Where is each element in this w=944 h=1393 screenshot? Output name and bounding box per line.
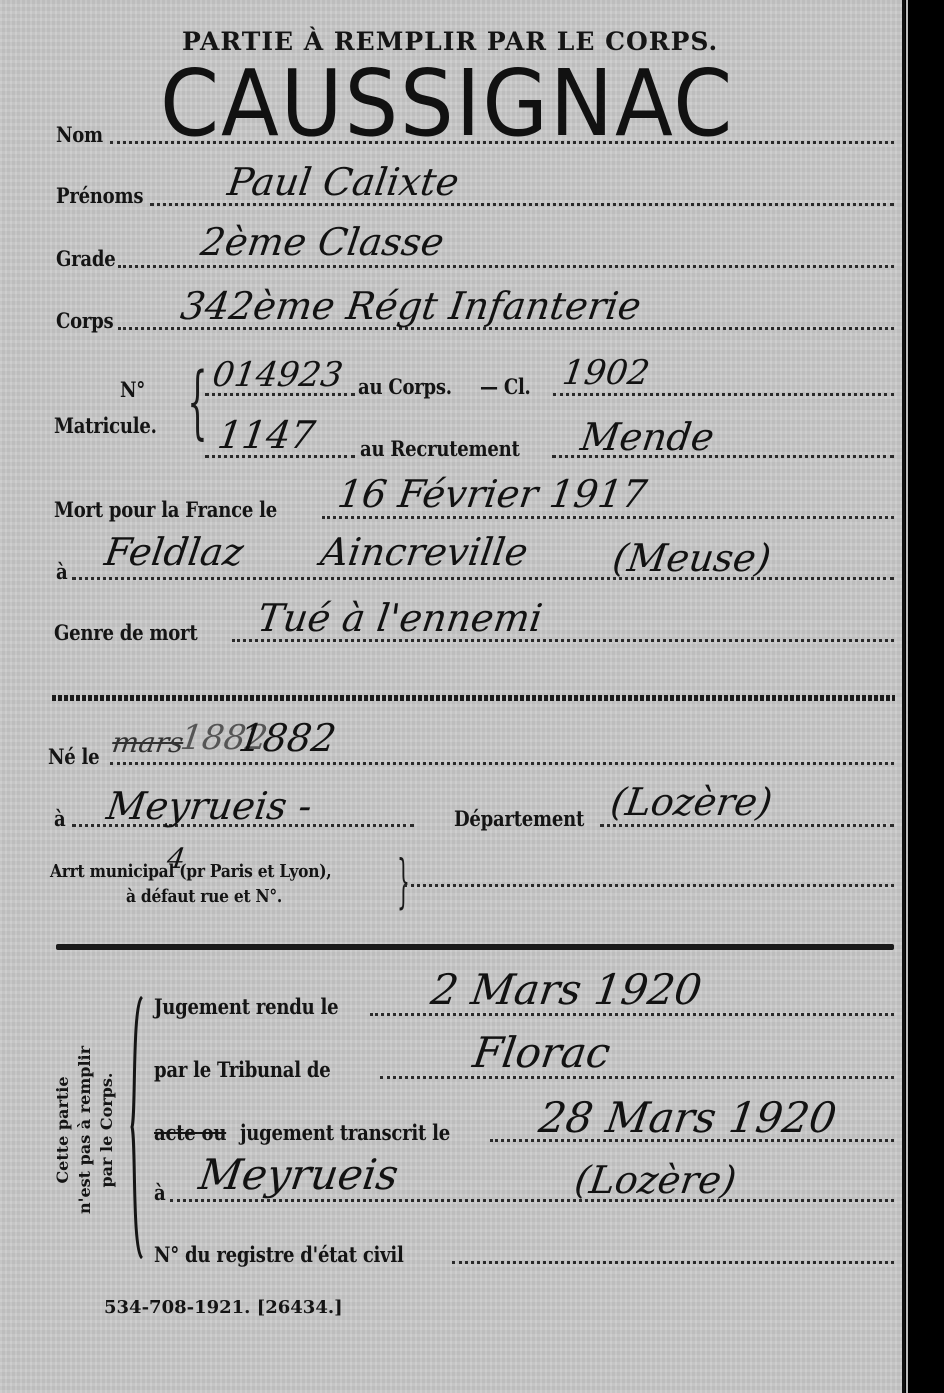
side-note: Cette partie n'est pas à remplir par le …: [30, 1000, 140, 1260]
recrutement-value: Mende: [578, 415, 717, 459]
death-record-card: PARTIE À REMPLIR PAR LE CORPS. Nom CAUSS…: [0, 0, 904, 1393]
scan-border: [909, 0, 944, 1393]
print-reference: 534-708-1921. [26434.]: [104, 1297, 343, 1318]
mort-line: [322, 516, 894, 519]
tribunal-line: [380, 1076, 894, 1079]
side-note-line3: par le Corps.: [96, 1046, 118, 1214]
lieu-mort-label: à: [56, 559, 67, 584]
ne-a-label: à: [54, 806, 65, 831]
recrutement-number-value: 1147: [215, 413, 318, 457]
grade-line: [118, 265, 894, 268]
corps-number-value: 014923: [210, 355, 345, 395]
transcrit-lieu-value: Meyrueis: [196, 1150, 401, 1199]
grade-value: 2ème Classe: [198, 220, 447, 264]
card-edge-highlight: [906, 0, 908, 1393]
jugement-brace: [130, 995, 140, 1260]
corps-number-label: au Corps.: [358, 374, 452, 399]
lieu-mort-value: Feldlaz: [102, 530, 246, 574]
separator-dotted: [52, 695, 895, 701]
side-note-line2: n'est pas à remplir: [74, 1046, 96, 1214]
departement-value: (Lozère): [608, 780, 775, 824]
corps-label: Corps: [56, 308, 113, 333]
corps-value: 342ème Régt Infanterie: [178, 284, 644, 328]
classe-value: 1902: [560, 353, 652, 393]
lieu-mort-value3: (Meuse): [610, 536, 774, 580]
mort-value: 16 Février 1917: [335, 472, 650, 516]
arrondissement-label-line1: Arrt municipal (pr Paris et Lyon),: [50, 861, 331, 882]
recrutement-label: au Recrutement: [360, 436, 520, 461]
registre-label: N° du registre d'état civil: [154, 1242, 404, 1267]
tribunal-label: par le Tribunal de: [154, 1057, 330, 1082]
tribunal-value: Florac: [470, 1028, 613, 1077]
matricule-label-bottom: Matricule.: [54, 413, 157, 438]
transcrit-value: 28 Mars 1920: [536, 1093, 840, 1142]
mort-label: Mort pour la France le: [54, 497, 277, 522]
lieu-mort-line: [72, 577, 894, 580]
departement-label: Département: [454, 806, 584, 831]
ne-le-value: 1882: [236, 716, 339, 760]
lieu-mort-value2: Aincreville: [318, 530, 531, 574]
separator-solid: [56, 944, 894, 950]
matricule-brace: {: [187, 362, 207, 442]
arrondissement-brace: }: [397, 852, 410, 910]
genre-mort-label: Genre de mort: [54, 620, 197, 645]
nom-value: CAUSSIGNAC: [160, 58, 734, 150]
genre-mort-value: Tué à l'ennemi: [255, 596, 545, 640]
classe-label: — Cl.: [480, 374, 531, 399]
transcrit-lieu-value2: (Lozère): [572, 1158, 739, 1202]
registre-line: [452, 1261, 894, 1264]
arrondissement-label-line2: à défaut rue et N°.: [126, 886, 282, 907]
ne-le-line: [110, 762, 894, 765]
transcrit-struck: acte ou: [154, 1120, 226, 1145]
matricule-label-top: N°: [120, 377, 145, 402]
nom-label: Nom: [56, 122, 103, 147]
transcrit-lieu-label: à: [154, 1180, 165, 1205]
card-edge-line: [902, 0, 905, 1393]
transcrit-lieu-line: [170, 1199, 894, 1202]
arrondissement-line: [404, 884, 894, 887]
prenoms-label: Prénoms: [56, 183, 143, 208]
jugement-rendu-value: 2 Mars 1920: [428, 965, 705, 1014]
jugement-rendu-label: Jugement rendu le: [154, 994, 338, 1019]
ne-le-struck: mars: [110, 726, 186, 759]
grade-label: Grade: [56, 246, 115, 271]
transcrit-label: jugement transcrit le: [240, 1120, 450, 1145]
ne-le-label: Né le: [48, 744, 99, 769]
prenoms-value: Paul Calixte: [225, 160, 462, 204]
classe-line: [553, 393, 894, 396]
side-note-line1: Cette partie: [52, 1046, 74, 1214]
departement-line: [600, 824, 894, 827]
ne-a-value: Meyrueis -: [104, 784, 315, 828]
